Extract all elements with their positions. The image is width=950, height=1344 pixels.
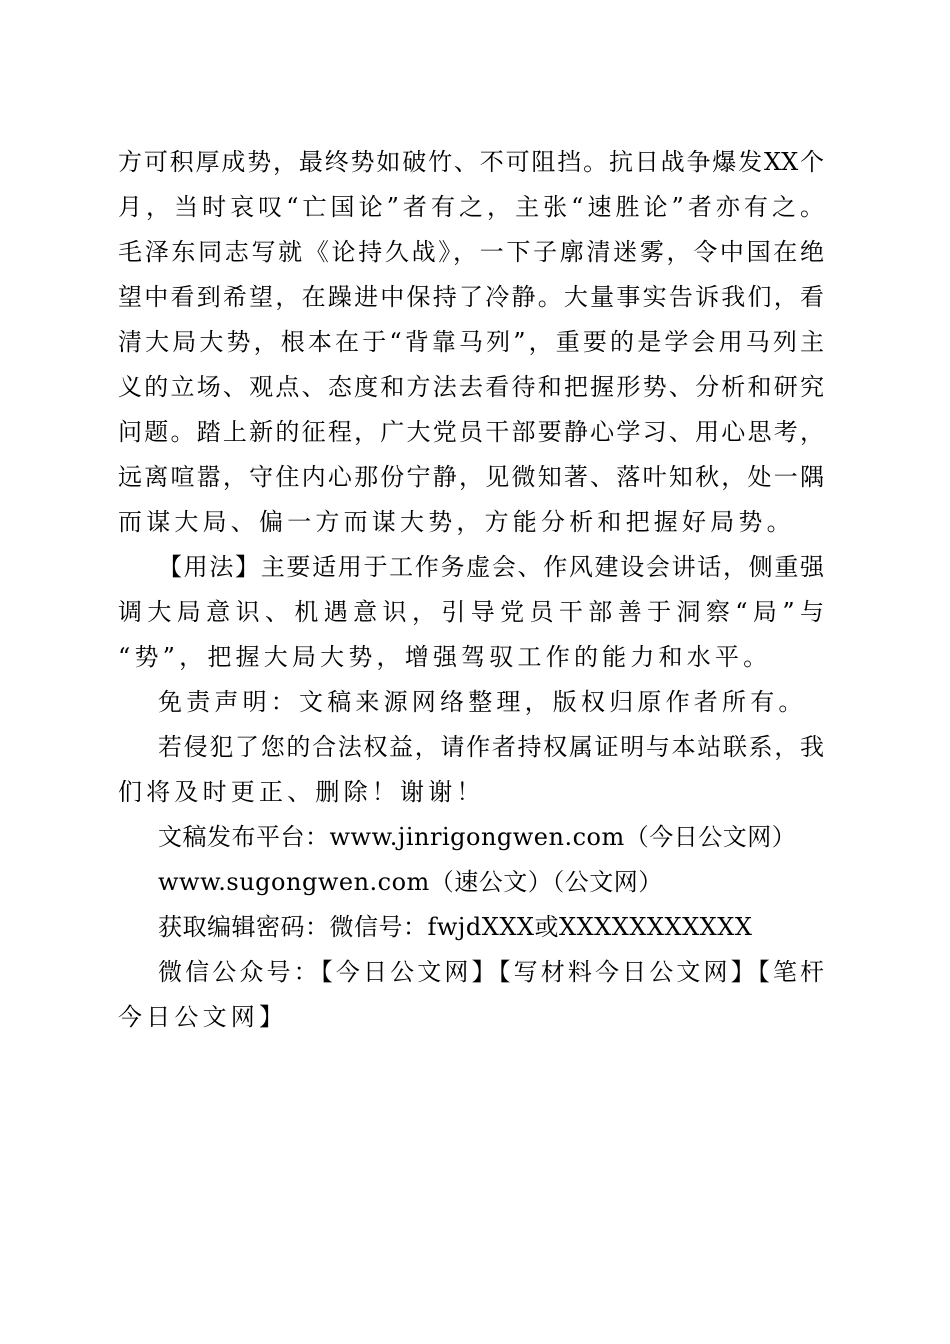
text-line: 毛泽东同志写就《论持久战》，一下子廓清迷雾，令中国在绝 <box>118 230 824 275</box>
password-line: 获取编辑密码：微信号：fwjdXXX或XXXXXXXXXXX <box>118 905 824 950</box>
text-line: 问题。踏上新的征程，广大党员干部要静心学习、用心思考， <box>118 410 824 455</box>
text-line: 义的立场、观点、态度和方法去看待和把握形势、分析和研究 <box>118 365 824 410</box>
document-page: 方可积厚成势，最终势如破竹、不可阻挡。抗日战争爆发XX个 月，当时哀叹“亡国论”… <box>118 140 824 1040</box>
infringement-line: 若侵犯了您的合法权益，请作者持权属证明与本站联系，我 <box>118 725 824 770</box>
publish-platform-line: 文稿发布平台：www.jinrigongwen.com（今日公文网） <box>118 815 824 860</box>
wechat-accounts-line: 今日公文网】 <box>118 995 824 1040</box>
wechat-accounts-line: 微信公众号：【今日公文网】【写材料今日公文网】【笔杆 <box>118 950 824 995</box>
infringement-line: 们将及时更正、删除！谢谢！ <box>118 770 824 815</box>
publish-platform-line: www.sugongwen.com（速公文）（公文网） <box>118 860 824 905</box>
text-line: 月，当时哀叹“亡国论”者有之，主张“速胜论”者亦有之。 <box>118 185 824 230</box>
text-line: 远离喧嚣，守住内心那份宁静，见微知著、落叶知秋，处一隅 <box>118 455 824 500</box>
text-line: 望中看到希望，在躁进中保持了冷静。大量事实告诉我们，看 <box>118 275 824 320</box>
usage-line: “势”，把握大局大势，增强驾驭工作的能力和水平。 <box>118 635 824 680</box>
text-line: 而谋大局、偏一方而谋大势，方能分析和把握好局势。 <box>118 500 824 545</box>
text-line: 清大局大势，根本在于“背靠马列”，重要的是学会用马列主 <box>118 320 824 365</box>
disclaimer-line: 免责声明：文稿来源网络整理，版权归原作者所有。 <box>118 680 824 725</box>
usage-line: 调大局意识、机遇意识，引导党员干部善于洞察“局”与 <box>118 590 824 635</box>
text-line: 方可积厚成势，最终势如破竹、不可阻挡。抗日战争爆发XX个 <box>118 140 824 185</box>
usage-line: 【用法】主要适用于工作务虚会、作风建设会讲话，侧重强 <box>118 545 824 590</box>
